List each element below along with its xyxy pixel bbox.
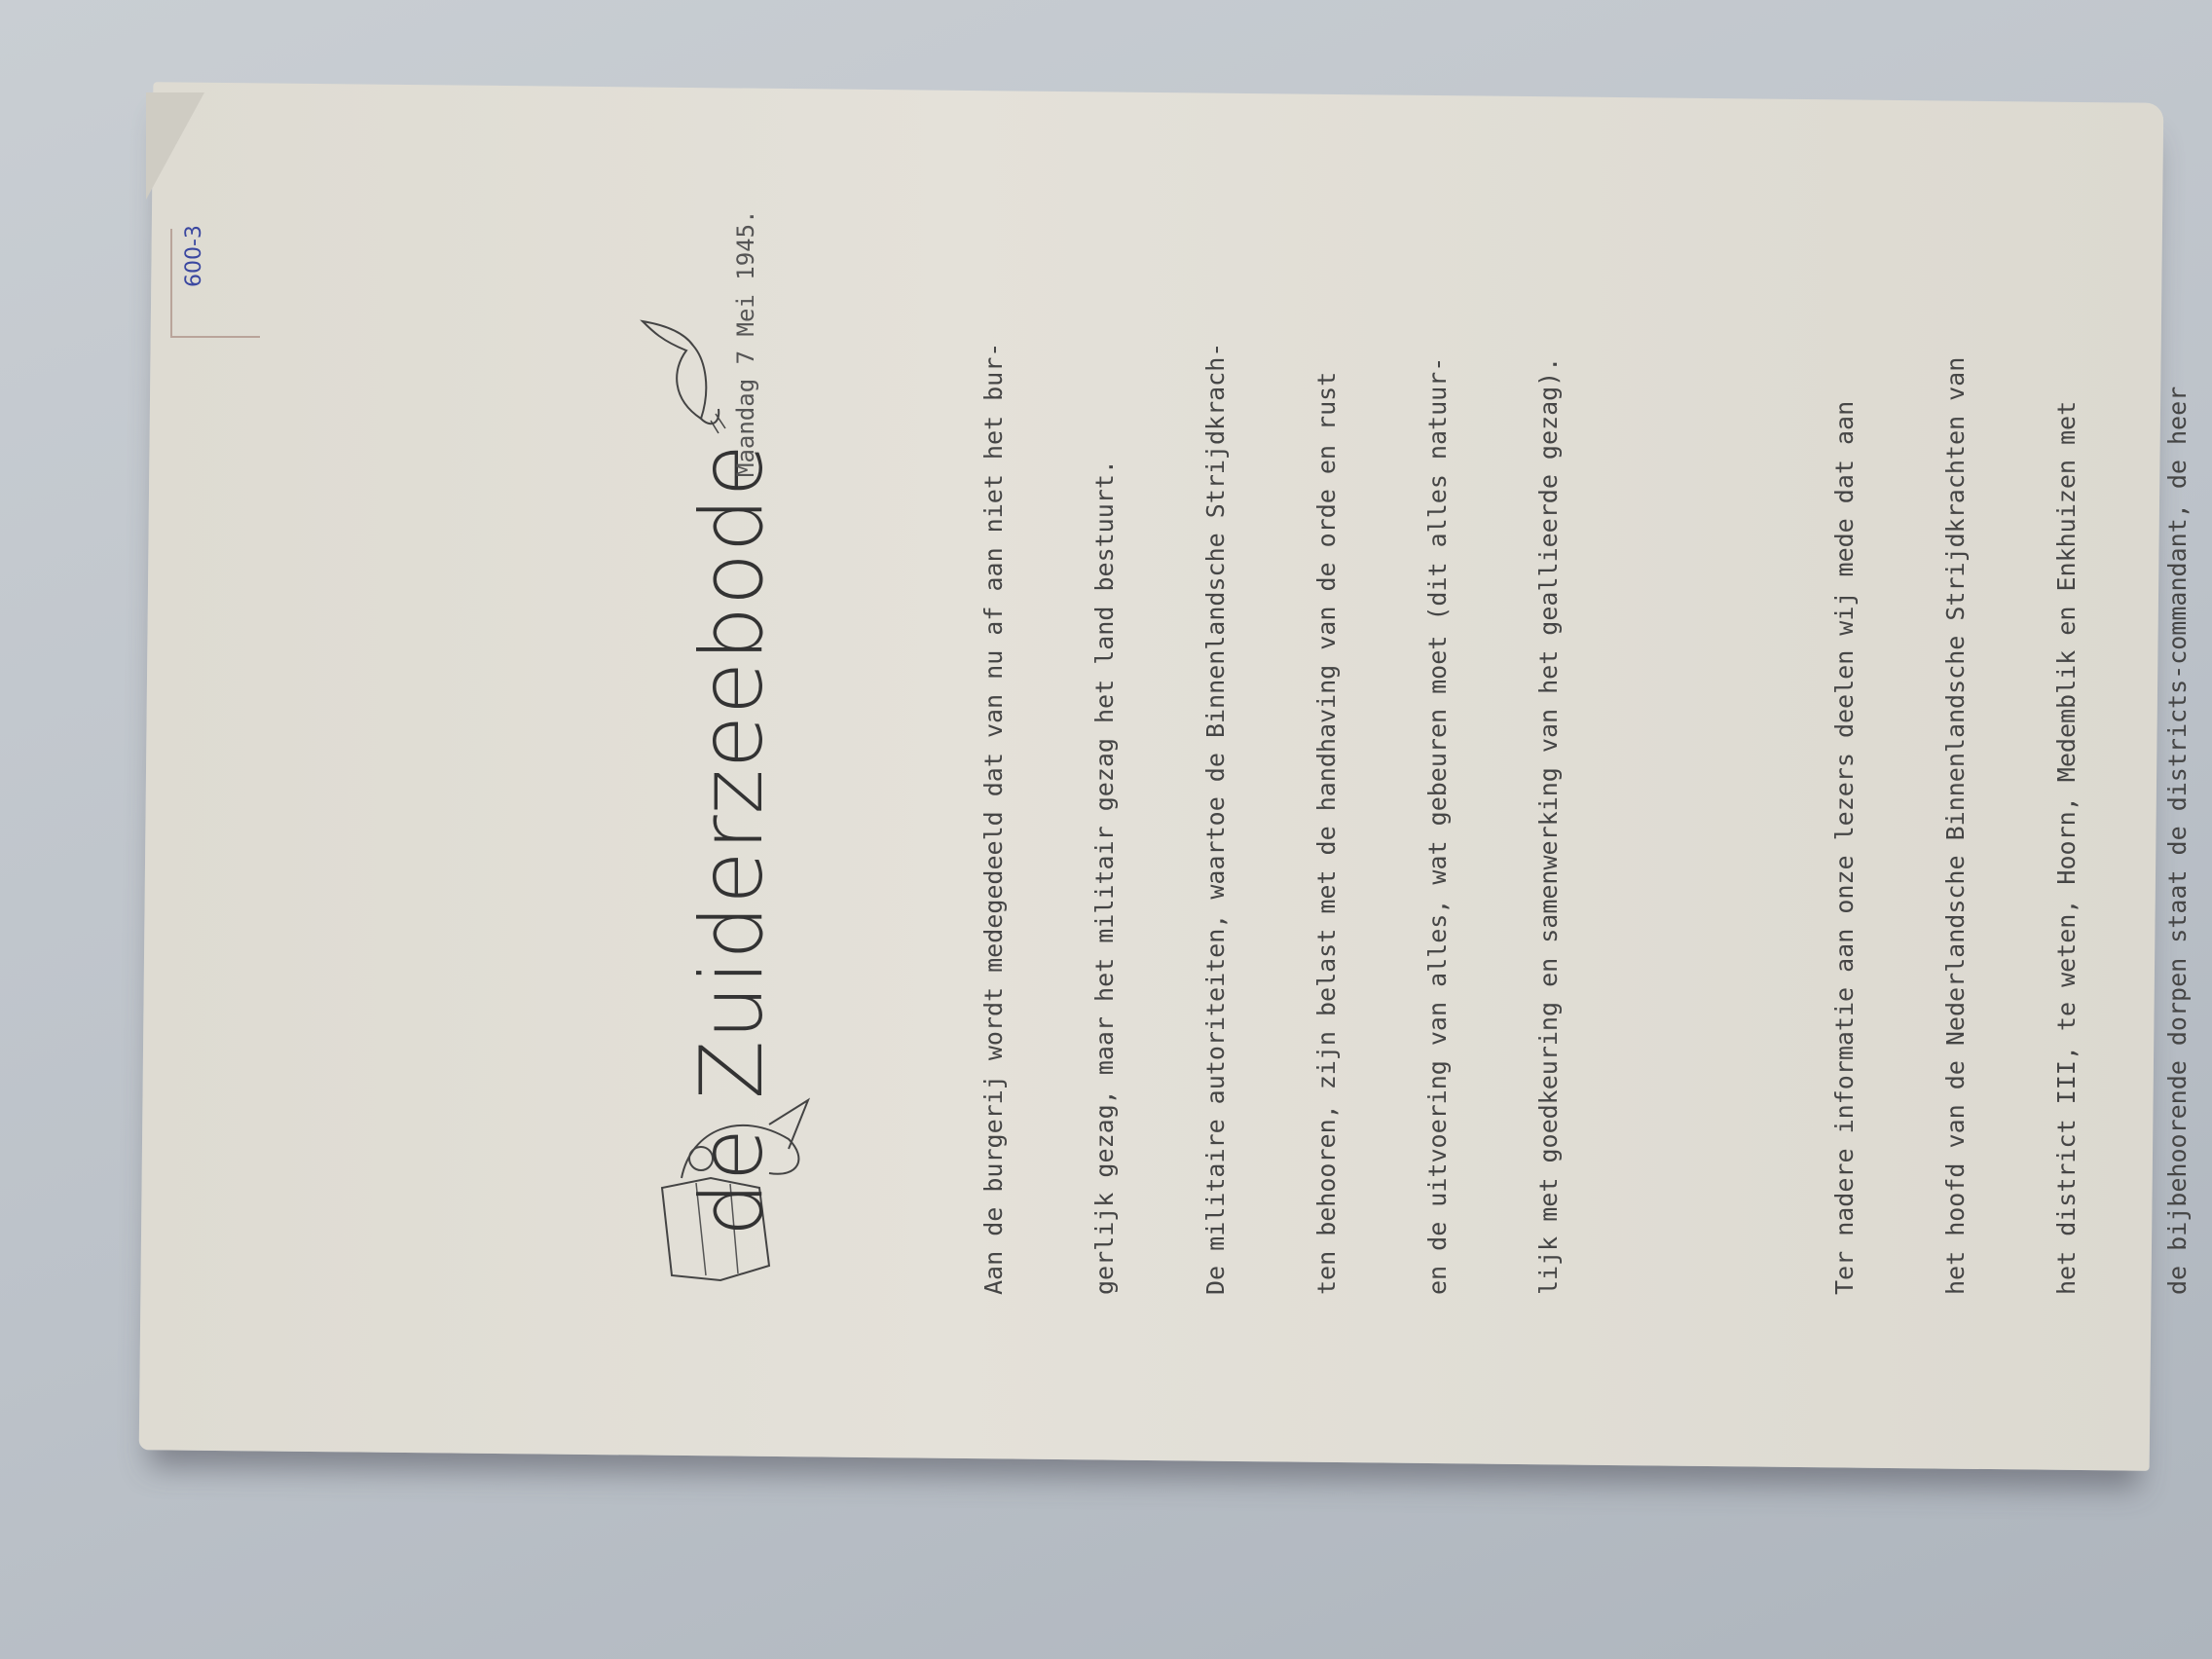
paragraph-1: Aan de burgerij wordt medegedeeld dat va… — [902, 88, 1641, 1295]
document-body: de Zuiderzeebode Maandag 7 Mei 1945. Aan… — [643, 88, 2045, 1295]
issue-date: Maandag 7 Mei 1945. — [732, 209, 759, 477]
text-line: Ter nadere informatie aan onze lezers de… — [1826, 88, 1863, 1295]
text-line: ten behooren, zijn belast met de handhav… — [1309, 88, 1346, 1295]
text-line: De militaire autoriteiten, waartoe de Bi… — [1198, 88, 1235, 1295]
archive-number: 600-3 — [182, 225, 206, 287]
masthead-title: de Zuiderzeebode — [682, 443, 782, 1236]
announcement-text: Aan de burgerij wordt medegedeeld dat va… — [828, 88, 2212, 1295]
dove-icon — [633, 312, 730, 438]
text-line: en de uitvoering van alles, wat gebeuren… — [1419, 88, 1456, 1295]
text-line: het hoofd van de Nederlandsche Binnenlan… — [1937, 88, 1974, 1295]
text-line: de bijbehoorende dorpen staat de distric… — [2159, 88, 2196, 1295]
masthead: de Zuiderzeebode Maandag 7 Mei 1945. — [643, 88, 828, 1295]
text-line: het district III, te weten, Hoorn, Medem… — [2048, 88, 2085, 1295]
paragraph-2: Ter nadere informatie aan onze lezers de… — [1752, 88, 2212, 1295]
archive-number-box: 600-3 — [170, 229, 260, 338]
text-line: gerlijk gezag, maar het militair gezag h… — [1087, 88, 1124, 1295]
text-line: Aan de burgerij wordt medegedeeld dat va… — [976, 88, 1013, 1295]
text-line: lijk met goedkeuring en samenwerking van… — [1530, 88, 1567, 1295]
